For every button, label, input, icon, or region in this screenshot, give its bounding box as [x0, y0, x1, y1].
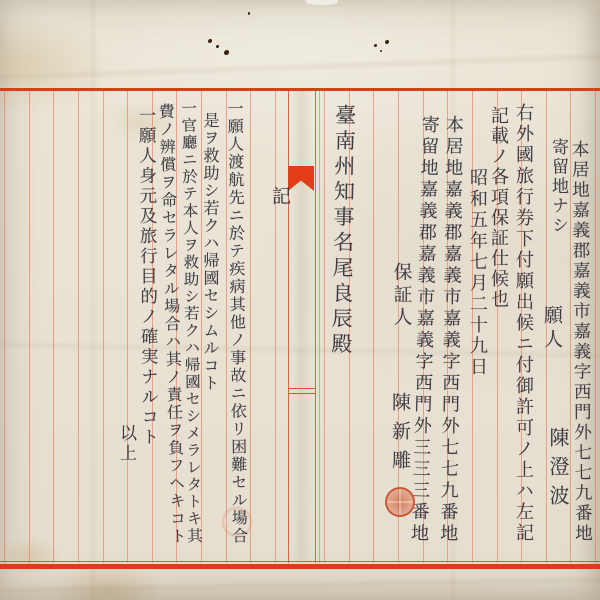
ruling-line [275, 90, 276, 563]
fold-double-rule [289, 393, 315, 394]
fold-double-rule [289, 388, 315, 389]
ruling-line [78, 90, 79, 563]
letter-paper: 本居地嘉義郡嘉義市嘉義字西門外七七九番地 寄留地ナシ 願人 陳澄波 右外國旅行券… [0, 0, 600, 600]
ruling-line [595, 90, 596, 563]
ruling-line [127, 90, 128, 563]
ruling-line [324, 90, 325, 563]
ruling-line [4, 90, 5, 563]
condition-3-column: 一願人身元及旅行目的ノ確実ナルコト [134, 106, 162, 462]
date-column: 昭和五年七月二十九日 [464, 168, 490, 393]
stain-spot [248, 12, 250, 15]
ruling-line [103, 90, 104, 563]
closing-column: 以上 [114, 424, 139, 472]
ruling-line [29, 90, 30, 563]
applicant-temporary-residence-column: 寄留地ナシ [546, 138, 571, 250]
applicant-label: 願人 [539, 305, 566, 367]
section-mark-ki: 記 [267, 186, 294, 214]
ruling-line [250, 90, 251, 563]
ruling-line [319, 90, 320, 563]
bottom-border-rule [0, 564, 600, 569]
center-fold-column [288, 90, 316, 563]
ruling-line [373, 90, 374, 563]
guarantor-name: 陳新雕 [387, 392, 414, 494]
condition-1-column: 一願人渡航先ニ於テ疾病其他ノ事故ニ依リ困難セル場合 [223, 100, 251, 558]
ruling-line [53, 90, 54, 563]
stain-spot [380, 50, 382, 52]
guarantor-seal-stamp [385, 487, 415, 517]
petition-text-column-1: 右外國旅行券下付願出候ニ付御許可ノ上ハ左記 [510, 103, 536, 558]
addressee-column: 臺南州知事名尾良辰殿 [325, 104, 360, 372]
paper-tear [306, 0, 338, 5]
applicant-name: 陳澄波 [544, 427, 573, 529]
guarantor-label: 保証人 [388, 262, 414, 344]
